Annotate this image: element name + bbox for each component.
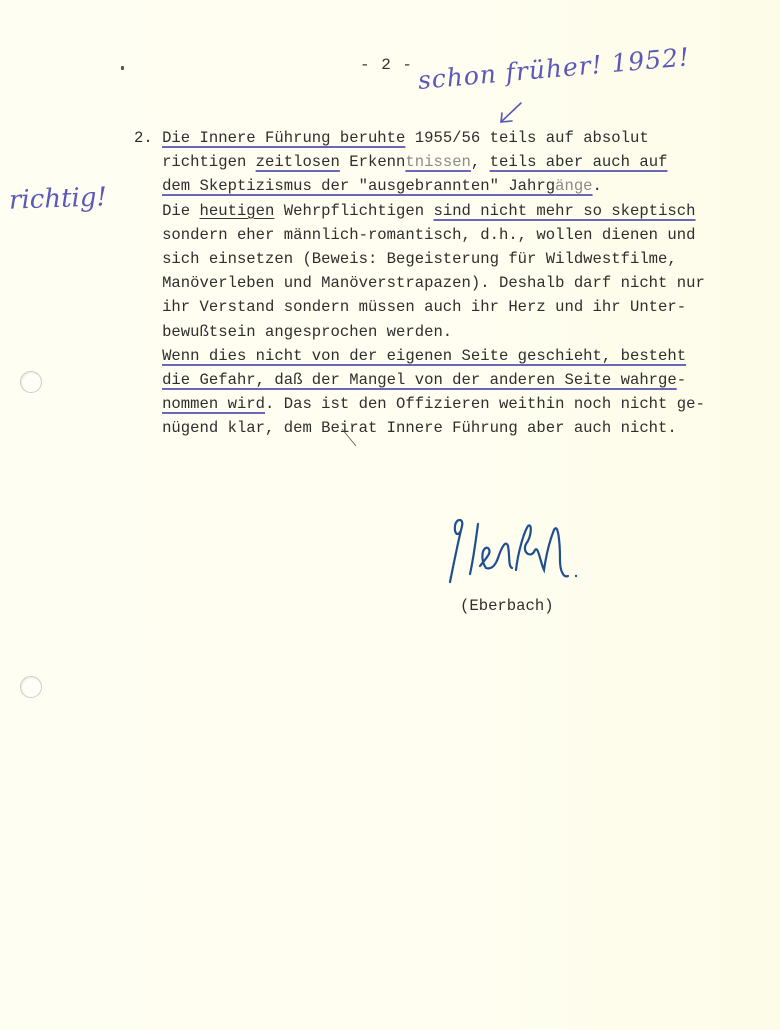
indent <box>134 323 162 341</box>
text-line: dem Skeptizismus der "ausgebrannten" Jah… <box>134 174 705 198</box>
indent <box>134 250 162 268</box>
text-segment: richtigen <box>162 153 256 171</box>
indent <box>134 347 162 365</box>
typed-body: 2. Die Innere Führung beruhte 1955/56 te… <box>134 126 705 440</box>
text-segment: ihr Verstand sondern müssen auch ihr Her… <box>162 298 686 316</box>
text-line: bewußtsein angesprochen werden. <box>134 320 705 344</box>
text-segment: , <box>471 153 490 171</box>
signature <box>436 512 596 592</box>
underlined-text: teils aber auch auf <box>490 153 668 171</box>
indent <box>134 395 162 413</box>
text-line: nügend klar, dem Beirat Innere Führung a… <box>134 416 705 440</box>
text-line: 2. Die Innere Führung beruhte 1955/56 te… <box>134 126 705 150</box>
page-number: - 2 - <box>360 56 413 74</box>
indent <box>134 202 162 220</box>
underlined-text: die Gefahr, daß der Mangel von der ander… <box>162 371 677 389</box>
text-segment: Die <box>162 202 199 220</box>
punch-hole-icon <box>20 676 42 698</box>
underlined-text: sind nicht mehr so skeptisch <box>433 202 695 220</box>
text-segment: Wehrpflichtigen <box>274 202 433 220</box>
text-line: sich einsetzen (Beweis: Begeisterung für… <box>134 247 705 271</box>
text-line: Wenn dies nicht von der eigenen Seite ge… <box>134 344 705 368</box>
text-line: richtigen zeitlosen Erkenntnissen, teils… <box>134 150 705 174</box>
underlined-text: zeitlosen <box>256 153 340 171</box>
text-segment: sich einsetzen (Beweis: Begeisterung für… <box>162 250 677 268</box>
underlined-text: tnissen <box>405 153 471 171</box>
text-segment: Manöverleben und Manöverstrapazen). Desh… <box>162 274 705 292</box>
item-number: 2. <box>134 129 162 147</box>
handwritten-annotation-margin: richtig! <box>9 182 108 215</box>
underlined-text: heutigen <box>200 202 275 220</box>
indent <box>134 298 162 316</box>
typed-signer-name: (Eberbach) <box>460 597 554 615</box>
handwritten-arrow-icon <box>495 100 525 128</box>
ink-speck <box>121 66 124 70</box>
text-line: sondern eher männlich-romantisch, d.h., … <box>134 223 705 247</box>
handwritten-annotation-top: schon früher! 1952! <box>417 42 691 95</box>
indent <box>134 274 162 292</box>
text-line: Die heutigen Wehrpflichtigen sind nicht … <box>134 199 705 223</box>
text-segment: - <box>677 371 686 389</box>
underlined-text: Die Innere Führung beruhte <box>162 129 405 147</box>
indent <box>134 177 162 195</box>
text-line: ihr Verstand sondern müssen auch ihr Her… <box>134 295 705 319</box>
underlined-text: Wenn dies nicht von der eigenen Seite ge… <box>162 347 686 365</box>
text-segment: sondern eher männlich-romantisch, d.h., … <box>162 226 695 244</box>
indent <box>134 371 162 389</box>
text-segment: bewußtsein angesprochen werden. <box>162 323 452 341</box>
text-segment: . Das ist den Offizieren weithin noch ni… <box>265 395 705 413</box>
text-line: die Gefahr, daß der Mangel von der ander… <box>134 368 705 392</box>
punch-hole-icon <box>20 371 42 393</box>
text-segment: Erkenn <box>340 153 406 171</box>
text-segment: nügend klar, dem Beirat Innere Führung a… <box>162 419 677 437</box>
underlined-text: nommen wird <box>162 395 265 413</box>
text-line: Manöverleben und Manöverstrapazen). Desh… <box>134 271 705 295</box>
indent <box>134 226 162 244</box>
document-page: - 2 - schon früher! 1952! richtig! 2. Di… <box>0 0 780 1030</box>
indent <box>134 419 162 437</box>
underlined-text: dem Skeptizismus der "ausgebrannten" Jah… <box>162 177 555 195</box>
text-line: nommen wird. Das ist den Offizieren weit… <box>134 392 705 416</box>
indent <box>134 153 162 171</box>
underlined-text: änge <box>555 177 592 195</box>
pen-stroke-mark <box>340 428 360 448</box>
text-segment: . <box>593 177 602 195</box>
text-segment: 1955/56 teils auf absolut <box>405 129 648 147</box>
